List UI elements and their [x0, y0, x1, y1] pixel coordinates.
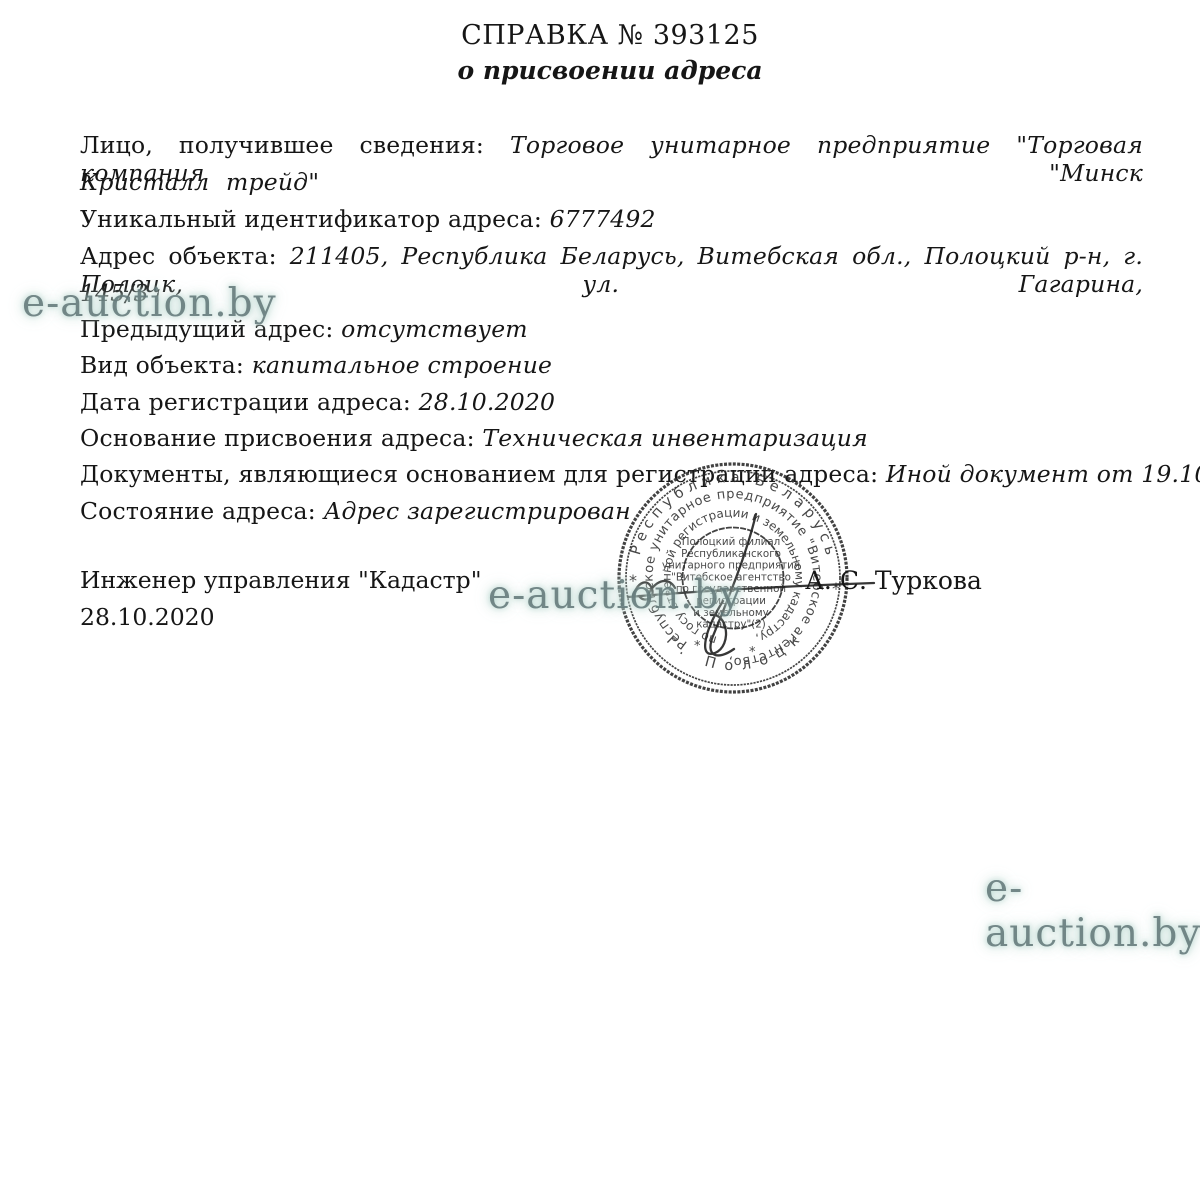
stamp-star-icon: * [694, 639, 701, 654]
field-assignment-basis: Основание присвоения адреса: Техническая… [80, 424, 1143, 452]
watermark: e-auction.by [985, 866, 1200, 956]
stamp-center-line: "Витебское агентство [671, 571, 791, 583]
signature-date: 28.10.2020 [80, 603, 215, 631]
stamp-ring-bottom-text: г. Полоцк [663, 632, 803, 674]
stamp-star-icon: * [749, 645, 756, 660]
field-label: Вид объекта: [80, 351, 244, 379]
field-value: отсутствует [341, 315, 528, 343]
field-label: Состояние адреса: [80, 497, 316, 525]
field-object-address-cont: 145/3 [80, 279, 1143, 307]
field-label: Предыдущий адрес: [80, 315, 333, 343]
stamp-center-line: и земельному [693, 607, 768, 619]
page-subtitle: о присвоении адреса [80, 56, 1140, 85]
field-value: 28.10.2020 [419, 388, 556, 416]
field-basis-documents: Документы, являющиеся основанием для рег… [80, 460, 1143, 488]
stamp-center-line: кадастру"(2) [696, 619, 766, 631]
signer-name: А. С. Туркова [805, 566, 982, 595]
stamp-center-text: Полоцкий филиал Республиканского унитарн… [662, 536, 800, 631]
field-label: Дата регистрации адреса: [80, 388, 411, 416]
field-registration-date: Дата регистрации адреса: 28.10.2020 [80, 388, 1143, 416]
stamp-center-line: Полоцкий филиал [682, 536, 780, 548]
stamp-center-line: унитарного предприятия [662, 560, 800, 572]
field-label: Документы, являющиеся основанием для рег… [80, 460, 878, 488]
field-label: Основание присвоения адреса: [80, 424, 475, 452]
field-object-type: Вид объекта: капитальное строение [80, 351, 1143, 379]
stamp-center-line: по государственной [676, 583, 786, 595]
field-address-status: Состояние адреса: Адрес зарегистрирован [80, 497, 1143, 525]
field-value: Кристалл трейд" [80, 168, 319, 196]
page-title: СПРАВКА № 393125 [80, 20, 1140, 51]
field-unique-id: Уникальный идентификатор адреса: 6777492 [80, 205, 1143, 233]
stamp-ring-inner-text: по госу ственной регистрации и земельном… [660, 506, 807, 648]
stamp-center-line: Республиканского [681, 548, 781, 560]
field-previous-address: Предыдущий адрес: отсутствует [80, 315, 1143, 343]
field-recipient-cont: Кристалл трейд" [80, 168, 1143, 196]
field-value: 6777492 [550, 205, 656, 233]
field-label: Адрес объекта: [80, 242, 277, 270]
signer-position: Инженер управления "Кадастр" [80, 566, 482, 594]
field-label: Уникальный идентификатор адреса: [80, 205, 542, 233]
watermark: e-auction.by [488, 573, 743, 618]
field-value: 145/3 [80, 279, 149, 307]
field-value: Адрес зарегистрирован [324, 497, 631, 525]
field-value: капитальное строение [252, 351, 552, 379]
field-value: Иной документ от 19.10.2020 № 6824 [886, 460, 1200, 488]
stamp-star-icon: * [629, 571, 637, 590]
stamp-center-line: регистрации [696, 595, 766, 607]
certificate-page: СПРАВКА № 393125 о присвоении адреса Лиц… [0, 0, 1200, 1200]
field-label: Лицо, получившее сведения: [80, 131, 484, 159]
field-value: Техническая инвентаризация [482, 424, 867, 452]
